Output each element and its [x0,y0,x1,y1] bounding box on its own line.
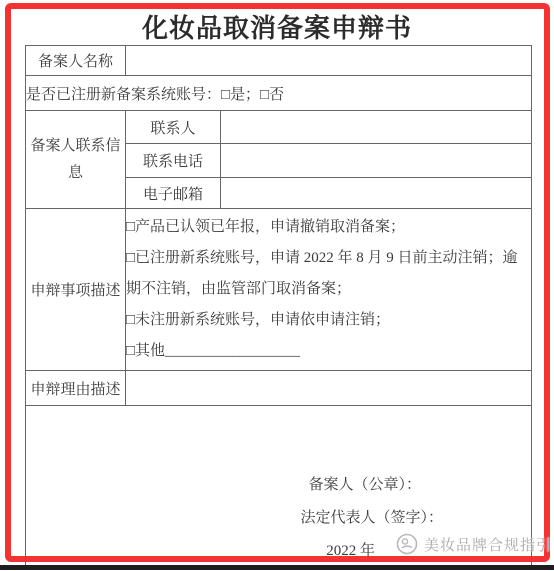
defense-item-option: □已注册新系统账号，申请 2022 年 8 月 9 日前主动注销；逾期不注销，由… [126,243,531,305]
contact-person-value-cell [221,111,532,144]
defense-reason-value-cell [126,371,532,406]
registered-question: 是否已注册新备案系统账号：□是；□否 [26,76,532,111]
contact-email-value-cell [221,178,532,209]
table-row: 申辩理由描述 [26,371,532,406]
defense-item-option: □未注册新系统账号，申请依申请注销； [126,305,531,336]
table-row: 备案人名称 [26,46,532,76]
watermark-text: 美妆品牌合规指引 [424,534,552,555]
page-title: 化妆品取消备案申辩书 [0,8,554,45]
defense-reason-label: 申辩理由描述 [26,371,126,406]
filer-seal-line: 备案人（公章）： [26,407,531,502]
contact-section-label-text: 备案人联系信息 [26,133,125,187]
defense-item-option-other: □其他__________________ [126,336,531,367]
contact-person-label: 联系人 [126,111,221,144]
bottom-divider-line [0,565,554,570]
defense-form-table: 备案人名称 是否已注册新备案系统账号：□是；□否 备案人联系信息 联系人 联系电… [25,45,532,570]
table-row: 是否已注册新备案系统账号：□是；□否 [26,76,532,111]
watermark: 美妆品牌合规指引 [396,533,552,555]
watermark-logo-icon [396,533,418,555]
contact-section-label: 备案人联系信息 [26,111,126,209]
legal-representative-line: 法定代表人（签字）： [26,502,531,535]
contact-email-label: 电子邮箱 [126,178,221,209]
contact-phone-label: 联系电话 [126,144,221,178]
defense-item-option: □产品已认领已年报，申请撤销取消备案； [126,212,531,243]
document-screenshot: { "page": { "title": "化妆品取消备案申辩书" }, "fo… [0,0,554,571]
defense-items-label: 申辩事项描述 [26,209,126,371]
filer-name-label: 备案人名称 [26,46,126,76]
filer-name-value-cell [126,46,532,76]
table-row: 申辩事项描述 □产品已认领已年报，申请撤销取消备案； □已注册新系统账号，申请 … [26,209,532,371]
table-row: 备案人联系信息 联系人 [26,111,532,144]
defense-items-cell: □产品已认领已年报，申请撤销取消备案； □已注册新系统账号，申请 2022 年 … [126,209,532,371]
contact-phone-value-cell [221,144,532,178]
